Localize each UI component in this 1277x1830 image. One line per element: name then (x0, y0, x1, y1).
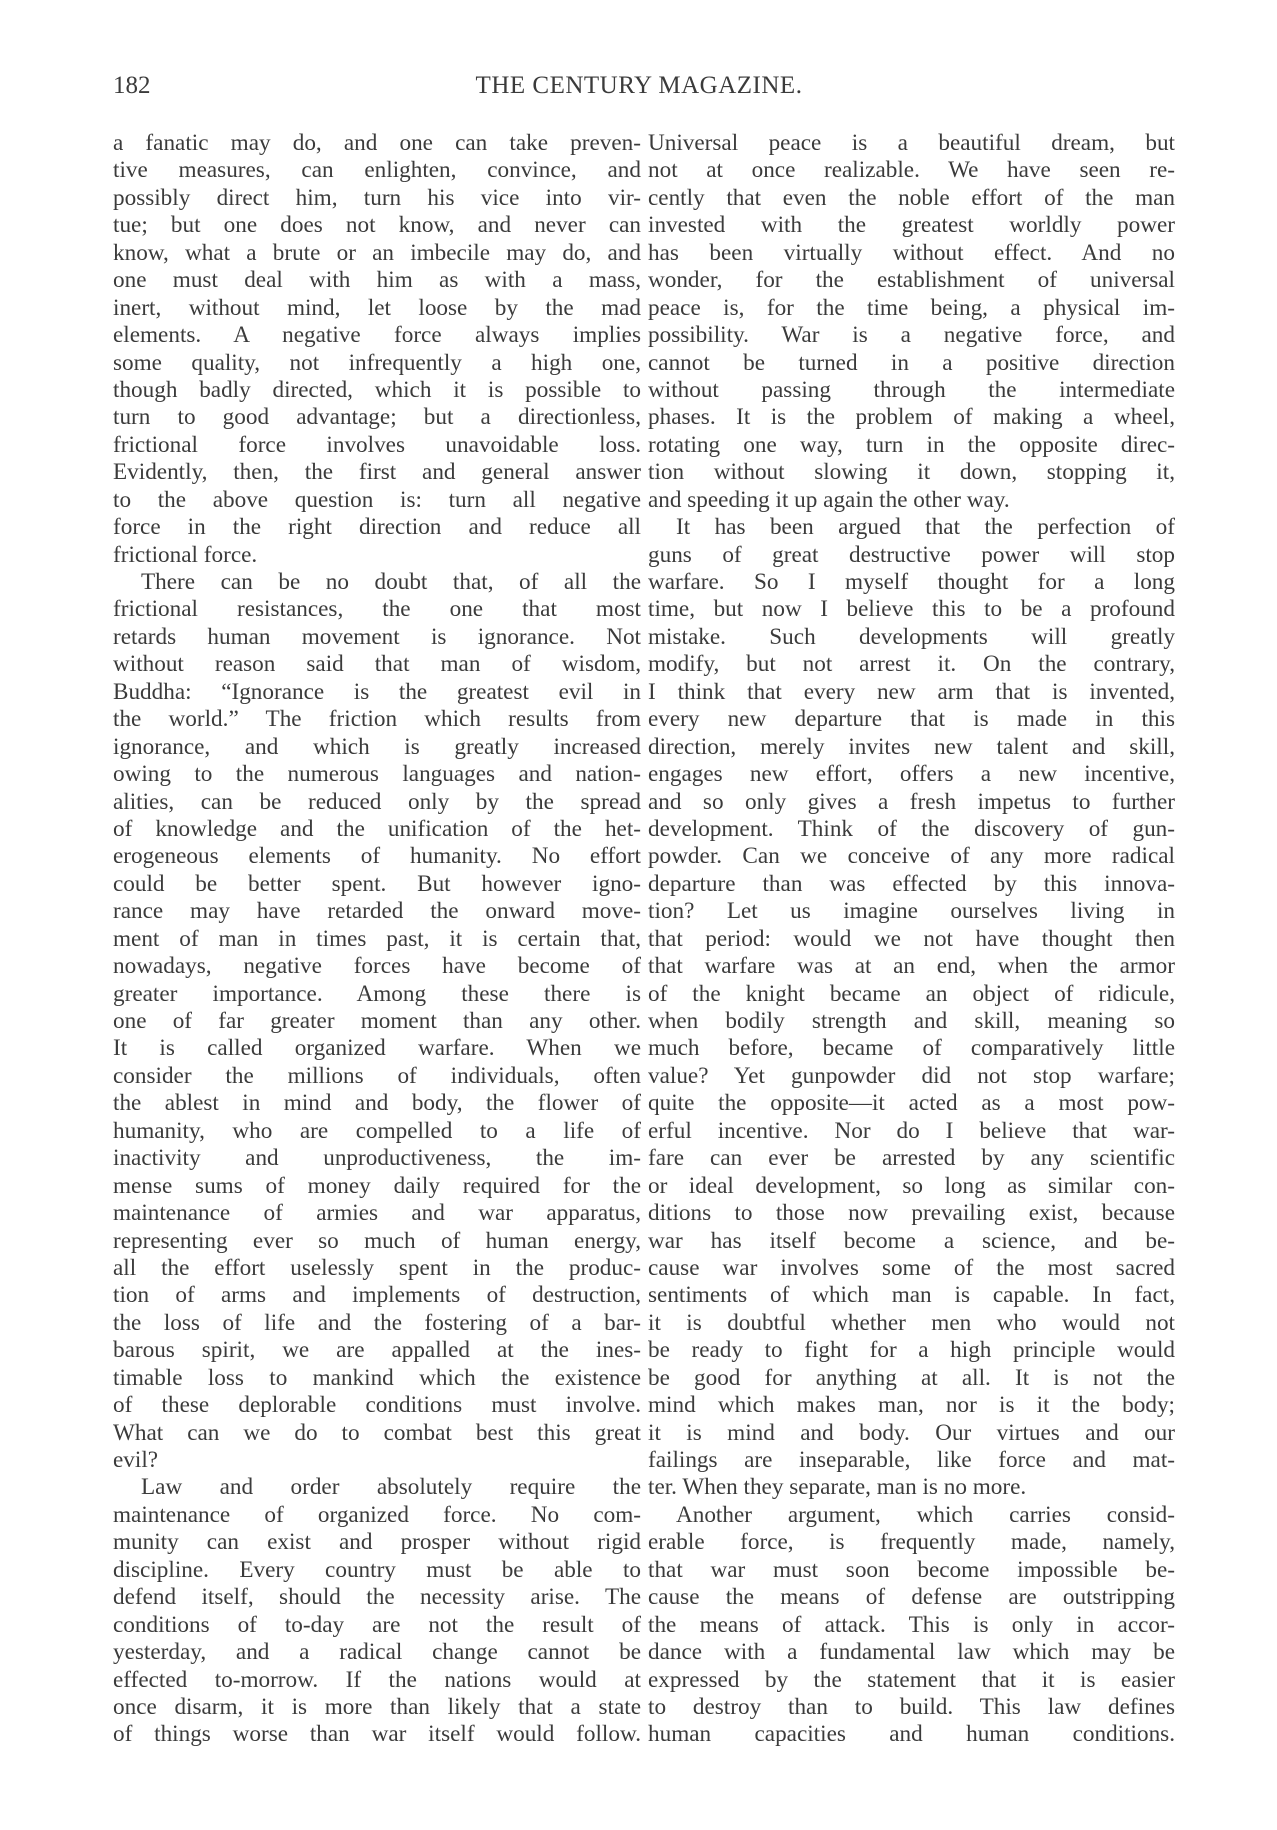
text-line: cause war involves some of the most sacr… (648, 1255, 1175, 1282)
text-line: tion of arms and implements of destructi… (113, 1282, 641, 1309)
text-line: mistake. Such developments will greatly (648, 624, 1175, 651)
text-line: It has been argued that the perfection o… (648, 514, 1175, 541)
text-line: cently that even the noble effort of the… (648, 185, 1175, 212)
text-line: much before, became of comparatively lit… (648, 1035, 1175, 1062)
text-line: erable force, is frequently made, namely… (648, 1529, 1175, 1556)
text-line: alities, can be reduced only by the spre… (113, 789, 641, 816)
text-line: the world.” The friction which results f… (113, 706, 641, 733)
text-line: erogeneous elements of humanity. No effo… (113, 843, 641, 870)
text-line: Buddha: “Ignorance is the greatest evil … (113, 679, 641, 706)
running-title: THE CENTURY MAGAZINE. (113, 72, 1165, 100)
text-line: the means of attack. This is only in acc… (648, 1612, 1175, 1639)
text-line: be good for anything at all. It is not t… (648, 1365, 1175, 1392)
text-line: ter. When they separate, man is no more. (648, 1474, 1175, 1501)
text-line: the loss of life and the fostering of a … (113, 1310, 641, 1337)
text-line: elements. A negative force always implie… (113, 322, 641, 349)
text-line: of things worse than war itself would fo… (113, 1721, 641, 1748)
text-line: of the knight became an object of ridicu… (648, 981, 1175, 1008)
text-line: mind which makes man, nor is it the body… (648, 1392, 1175, 1419)
left-column: a fanatic may do, and one can take preve… (113, 130, 641, 1749)
text-line: yesterday, and a radical change cannot b… (113, 1639, 641, 1666)
text-line: direction, merely invites new talent and… (648, 734, 1175, 761)
text-line: the ablest in mind and body, the flower … (113, 1090, 641, 1117)
text-line: frictional force involves unavoidable lo… (113, 432, 641, 459)
text-line: ment of man in times past, it is certain… (113, 926, 641, 953)
text-line: phases. It is the problem of making a wh… (648, 404, 1175, 431)
right-column: Universal peace is a beautiful dream, bu… (648, 130, 1175, 1749)
text-line: cannot be turned in a positive direction (648, 350, 1175, 377)
text-line: human capacities and human conditions. (648, 1721, 1175, 1748)
text-line: Universal peace is a beautiful dream, bu… (648, 130, 1175, 157)
text-line: a fanatic may do, and one can take preve… (113, 130, 641, 157)
text-line: owing to the numerous languages and nati… (113, 761, 641, 788)
text-line: to the above question is: turn all negat… (113, 487, 641, 514)
text-line: frictional resistances, the one that mos… (113, 596, 641, 623)
text-line: Another argument, which carries consid- (648, 1502, 1175, 1529)
text-line: ignorance, and which is greatly increase… (113, 734, 641, 761)
text-line: when bodily strength and skill, meaning … (648, 1008, 1175, 1035)
text-line: wonder, for the establishment of univers… (648, 267, 1175, 294)
text-line: warfare. So I myself thought for a long (648, 569, 1175, 596)
text-line: powder. Can we conceive of any more radi… (648, 843, 1175, 870)
text-line: guns of great destructive power will sto… (648, 542, 1175, 569)
text-line: or ideal development, so long as similar… (648, 1173, 1175, 1200)
text-line: ditions to those now prevailing exist, b… (648, 1200, 1175, 1227)
text-line: value? Yet gunpowder did not stop warfar… (648, 1063, 1175, 1090)
text-line: inert, without mind, let loose by the ma… (113, 295, 641, 322)
text-line: evil? (113, 1447, 641, 1474)
text-line: of knowledge and the unification of the … (113, 816, 641, 843)
text-line: rotating one way, turn in the opposite d… (648, 432, 1175, 459)
text-line: conditions of to-day are not the result … (113, 1612, 641, 1639)
text-line: failings are inseparable, like force and… (648, 1447, 1175, 1474)
text-line: fare can ever be arrested by any scienti… (648, 1145, 1175, 1172)
text-line: it is doubtful whether men who would not (648, 1310, 1175, 1337)
text-line: has been virtually without effect. And n… (648, 240, 1175, 267)
text-line: could be better spent. But however igno- (113, 871, 641, 898)
text-line: without reason said that man of wisdom, (113, 651, 641, 678)
text-line: that war must soon become impossible be- (648, 1557, 1175, 1584)
text-line: modify, but not arrest it. On the contra… (648, 651, 1175, 678)
text-line: time, but now I believe this to be a pro… (648, 596, 1175, 623)
text-line: sentiments of which man is capable. In f… (648, 1282, 1175, 1309)
text-line: expressed by the statement that it is ea… (648, 1667, 1175, 1694)
text-line: maintenance of organized force. No com- (113, 1502, 641, 1529)
text-line: I think that every new arm that is inven… (648, 679, 1175, 706)
text-line: without passing through the intermediate (648, 377, 1175, 404)
text-line: possibly direct him, turn his vice into … (113, 185, 641, 212)
text-line: cause the means of defense are outstripp… (648, 1584, 1175, 1611)
text-line: invested with the greatest worldly power (648, 212, 1175, 239)
text-line: retards human movement is ignorance. Not (113, 624, 641, 651)
text-line: tive measures, can enlighten, convince, … (113, 157, 641, 184)
text-line: inactivity and unproductiveness, the im- (113, 1145, 641, 1172)
text-line: nowadays, negative forces have become of (113, 953, 641, 980)
text-line: humanity, who are compelled to a life of (113, 1118, 641, 1145)
text-line: once disarm, it is more than likely that… (113, 1694, 641, 1721)
text-line: war has itself become a science, and be- (648, 1228, 1175, 1255)
text-line: peace is, for the time being, a physical… (648, 295, 1175, 322)
text-line: and speeding it up again the other way. (648, 487, 1175, 514)
text-line: turn to good advantage; but a directionl… (113, 404, 641, 431)
text-line: one of far greater moment than any other… (113, 1008, 641, 1035)
text-line: know, what a brute or an imbecile may do… (113, 240, 641, 267)
text-line: consider the millions of individuals, of… (113, 1063, 641, 1090)
text-line: it is mind and body. Our virtues and our (648, 1420, 1175, 1447)
text-line: What can we do to combat best this great (113, 1420, 641, 1447)
text-line: and so only gives a fresh impetus to fur… (648, 789, 1175, 816)
text-line: not at once realizable. We have seen re- (648, 157, 1175, 184)
text-line: all the effort uselessly spent in the pr… (113, 1255, 641, 1282)
text-line: engages new effort, offers a new incenti… (648, 761, 1175, 788)
text-line: some quality, not infrequently a high on… (113, 350, 641, 377)
text-line: one must deal with him as with a mass, (113, 267, 641, 294)
text-line: maintenance of armies and war apparatus, (113, 1200, 641, 1227)
text-line: barous spirit, we are appalled at the in… (113, 1337, 641, 1364)
text-line: timable loss to mankind which the existe… (113, 1365, 641, 1392)
running-header: 182 THE CENTURY MAGAZINE. (113, 72, 1165, 108)
text-line: that period: would we not have thought t… (648, 926, 1175, 953)
text-line: though badly directed, which it is possi… (113, 377, 641, 404)
text-line: quite the opposite—it acted as a most po… (648, 1090, 1175, 1117)
text-line: every new departure that is made in this (648, 706, 1175, 733)
text-line: Law and order absolutely require the (113, 1474, 641, 1501)
text-line: defend itself, should the necessity aris… (113, 1584, 641, 1611)
text-line: mense sums of money daily required for t… (113, 1173, 641, 1200)
text-line: munity can exist and prosper without rig… (113, 1529, 641, 1556)
text-line: force in the right direction and reduce … (113, 514, 641, 541)
text-line: of these deplorable conditions must invo… (113, 1392, 641, 1419)
text-line: Evidently, then, the first and general a… (113, 459, 641, 486)
text-line: be ready to fight for a high principle w… (648, 1337, 1175, 1364)
text-line: effected to-morrow. If the nations would… (113, 1667, 641, 1694)
text-line: departure than was effected by this inno… (648, 871, 1175, 898)
text-line: There can be no doubt that, of all the (113, 569, 641, 596)
text-line: possibility. War is a negative force, an… (648, 322, 1175, 349)
text-line: frictional force. (113, 542, 641, 569)
text-line: It is called organized warfare. When we (113, 1035, 641, 1062)
text-line: rance may have retarded the onward move- (113, 898, 641, 925)
text-line: dance with a fundamental law which may b… (648, 1639, 1175, 1666)
text-line: greater importance. Among these there is (113, 981, 641, 1008)
text-line: tion? Let us imagine ourselves living in (648, 898, 1175, 925)
text-line: to destroy than to build. This law defin… (648, 1694, 1175, 1721)
text-line: that warfare was at an end, when the arm… (648, 953, 1175, 980)
text-line: discipline. Every country must be able t… (113, 1557, 641, 1584)
text-line: tue; but one does not know, and never ca… (113, 212, 641, 239)
text-line: erful incentive. Nor do I believe that w… (648, 1118, 1175, 1145)
text-line: representing ever so much of human energ… (113, 1228, 641, 1255)
text-line: tion without slowing it down, stopping i… (648, 459, 1175, 486)
text-line: development. Think of the discovery of g… (648, 816, 1175, 843)
